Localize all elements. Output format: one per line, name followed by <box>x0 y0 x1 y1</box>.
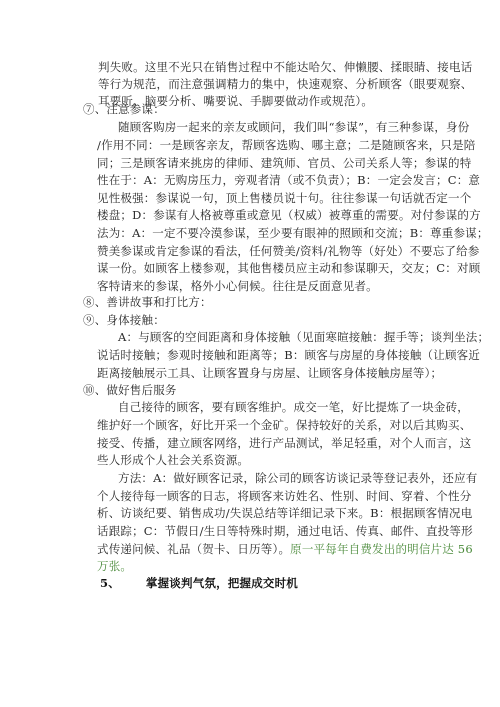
heading-number: 5、 <box>100 576 120 590</box>
text-line: A：与顾客的空间距离和身体接触（见面寒暄接触：握手等；谈判坐法； <box>118 329 489 346</box>
item-9-heading: ⑨、身体接触： <box>83 312 165 329</box>
text-line: 见性极强：参谋说一句，顶上售楼员说十句。往往参谋一句话就否定一个 <box>97 190 471 207</box>
text-line: 说话时接触；参观时接触和距离等；B：顾客与房屋的身体接触（让顾客近 <box>97 347 480 364</box>
heading-5: 5、掌握谈判气氛，把握成交时机 <box>100 575 298 592</box>
text-line: 赞美参谋或肯定参谋的看法，任何赞美/资料/礼物等（好处）不要忘了给参 <box>97 243 480 260</box>
text-line: 法为：A：一定不要冷漠参谋，至少要有眼神的照顾和交流；B：尊重参谋； <box>97 225 489 242</box>
text-line: 等行为规范，而注意强调精力的集中，快速观察、分析顾客（眼要观察、 <box>98 76 472 93</box>
text-line: 接受、传播，建立顾客网络，进行产品测试，举足轻重，对个人而言，这 <box>97 435 471 452</box>
text-line: 些人形成个人社会关系资源。 <box>97 452 249 469</box>
text-line: 方法：A：做好顾客记录，除公司的顾客访谈记录等登记表外，还应有 <box>118 470 478 487</box>
text-line: 自己接待的顾客，要有顾客维护。成交一笔，好比提炼了一块金砖， <box>118 399 469 416</box>
text-line: 同；三是顾客请来挑房的律师、建筑师、官员、公司关系人等；参谋的特 <box>97 155 471 172</box>
text-line: 话跟踪；C：节假日/生日等特殊时期，通过电话、传真、邮件、直投等形 <box>97 523 473 540</box>
text-line: 楼盘；D：参谋有人格被尊重或意见（权威）被尊重的需要。对付参谋的方 <box>97 207 481 224</box>
text-line: 性在于：A：无购房压力，旁观者清（或不负责）；B：一定会发言；C：意 <box>97 172 480 189</box>
text-normal: 式传递问候、礼品（贺卡、日历等）。 <box>97 542 290 556</box>
document-page: 判失败。这里不光只在销售过程中不能达哈欠、伸懒腰、揉眼睛、接电话 等行为规范，而… <box>0 0 500 707</box>
text-line: 距离接触展示工具、让顾客置身与房屋、让顾客身体接触房屋等）； <box>97 365 442 382</box>
text-line: 析、访谈纪要、销售成功/失误总结等详细记录下来。B：根据顾客情况电 <box>97 505 472 522</box>
item-7-heading: ⑦、注意参谋： <box>83 101 165 118</box>
text-line: /作用不同：一是顾客亲友，帮顾客选购、哪主意；二是随顾客来，只是陪 <box>97 137 475 154</box>
text-line: 维护好一个顾客，好比开采一个金矿。保持较好的关系，对以后其购买、 <box>97 417 471 434</box>
text-line: 客特请来的参谋，格外小心伺候。往往是反面意见者。 <box>97 278 378 295</box>
text-line: 随顾客购房一起来的亲友或顾问，我们叫“参谋”，有三种参谋，身份 <box>118 119 469 136</box>
text-line: 个人接待每一顾客的日志，将顾客来访姓名、性别、时间、穿着、个性分 <box>97 488 471 505</box>
highlight-text-green: 原一平每年自费发出的明信片达 56 <box>290 542 473 556</box>
text-line: 判失败。这里不光只在销售过程中不能达哈欠、伸懒腰、揉眼睛、接电话 <box>98 59 472 76</box>
item-8-heading: ⑧、善讲故事和打比方： <box>83 294 212 311</box>
highlight-text-green: 万张。 <box>97 558 132 575</box>
text-line-mixed: 式传递问候、礼品（贺卡、日历等）。原一平每年自费发出的明信片达 56 <box>97 541 473 558</box>
text-line: 谋一份。如顾客上楼参观，其他售楼员应主动和参谋聊天，交友；C：对顾 <box>97 260 480 277</box>
heading-text: 掌握谈判气氛，把握成交时机 <box>146 576 298 590</box>
item-10-heading: ⑩、做好售后服务 <box>83 382 177 399</box>
